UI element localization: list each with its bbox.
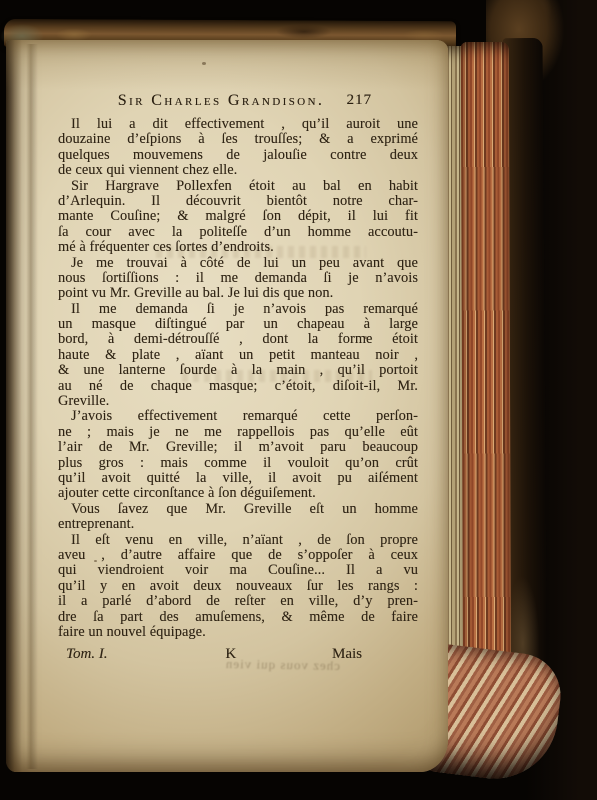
text-line: Greville. [58, 394, 418, 409]
text-line: Je me trouvai à côté de lui un peu avant… [58, 256, 418, 271]
text-line: Vous ſavez que Mr. Greville eſt un homme [58, 502, 418, 517]
paragraph: Il lui a dit effectivement , qu’il auroi… [58, 117, 418, 179]
text-line: mante Couſine; & malgré ſon dépit, il lu… [58, 209, 418, 224]
page-top-shading [6, 40, 448, 90]
paragraph: Vous ſavez que Mr. Greville eſt un homme… [58, 502, 418, 533]
gutter-crease [26, 44, 38, 769]
page-footer: Tom. I. K Mais [58, 646, 418, 664]
text-line: un masque diſtingué par un chapeau à lar… [58, 317, 418, 332]
text-line: point vu Mr. Greville au bal. Je lui dis… [58, 286, 418, 301]
text-line: bord, à demi-détrouſſé , dont la forme é… [58, 332, 418, 347]
signature-mark: K [225, 646, 236, 663]
text-line: mé à fréquenter ces ſortes d’endroits. [58, 240, 418, 255]
text-line: au né de chaque masque; c’étoit, diſoit-… [58, 379, 418, 394]
text-line: d’Arlequin. Il découvrit bientôt notre c… [58, 194, 418, 209]
text-line: qu’il y en avoit deux nouveaux ſur les r… [58, 579, 418, 594]
catchword: Mais [332, 646, 362, 663]
paragraph: Il me demanda ſi je n’avois pas remarqué… [58, 302, 418, 410]
text-line: de ceux qui viennent chez elle. [58, 163, 418, 178]
page-number: 217 [347, 92, 373, 109]
text-line: ſa cour avec la politeſſe d’un homme acc… [58, 225, 418, 240]
gutter-shadow [6, 40, 22, 772]
paper-speck [202, 62, 206, 65]
text-line: l’air de Mr. Greville; il m’avoit paru b… [58, 440, 418, 455]
text-line: Il lui a dit effectivement , qu’il auroi… [58, 117, 418, 132]
paragraph: Je me trouvai à côté de lui un peu avant… [58, 256, 418, 302]
text-line: Il me demanda ſi je n’avois pas remarqué [58, 302, 418, 317]
text-line: ne ; mais je ne me rappellois pas qu’ell… [58, 425, 418, 440]
text-line: qui viendroient voir ma Couſine... Il a … [58, 563, 418, 578]
running-header: Sir Charles Grandison. 217 [58, 92, 418, 110]
book-photograph: chez vous qui vien Sir Charles Grandison… [0, 0, 597, 800]
volume-label: Tom. I. [66, 646, 108, 663]
text-line: ajouter cette circonſtance à ſon déguiſe… [58, 486, 418, 501]
text-line: Sir Hargrave Pollexfen étoit au bal en h… [58, 179, 418, 194]
body-text: Il lui a dit effectivement , qu’il auroi… [58, 117, 418, 640]
text-line: aveu , d’autre affaire que de s’oppoſer … [58, 548, 418, 563]
text-line: nous ſortiſſions : il me demanda ſi je n… [58, 271, 418, 286]
running-header-title: Sir Charles Grandison. [118, 92, 325, 109]
text-line: quelques mouvemens de jalouſie contre de… [58, 148, 418, 163]
text-line: haute & plate , aïant un petit manteau n… [58, 348, 418, 363]
text-line: plus gros : mais comme il vouloit qu’on … [58, 456, 418, 471]
text-line: J’avois effectivement remarqué cette per… [58, 409, 418, 424]
text-line: qu’il avoit quitté la ville, il avoit pu… [58, 471, 418, 486]
text-line: douzaine d’eſpions à ſes trouſſes; & a e… [58, 132, 418, 147]
text-line: & une lanterne ſourde à la main , qu’il … [58, 363, 418, 378]
text-line: entreprenant. [58, 517, 418, 532]
text-line: faire un nouvel équipage. [58, 625, 418, 640]
printed-content: Sir Charles Grandison. 217 Il lui a dit … [58, 92, 418, 664]
book-page: chez vous qui vien Sir Charles Grandison… [6, 40, 448, 772]
fore-edge-pages [461, 42, 511, 722]
text-line: dre ſa part des amuſemens, & même de fai… [58, 610, 418, 625]
paragraph: J’avois effectivement remarqué cette per… [58, 409, 418, 501]
text-line: il a parlé d’abord de reſter en ville, d… [58, 594, 418, 609]
paragraph: Sir Hargrave Pollexfen étoit au bal en h… [58, 179, 418, 256]
text-line: Il eſt venu en ville, n’aïant , de ſon p… [58, 533, 418, 548]
paragraph: Il eſt venu en ville, n’aïant , de ſon p… [58, 533, 418, 641]
